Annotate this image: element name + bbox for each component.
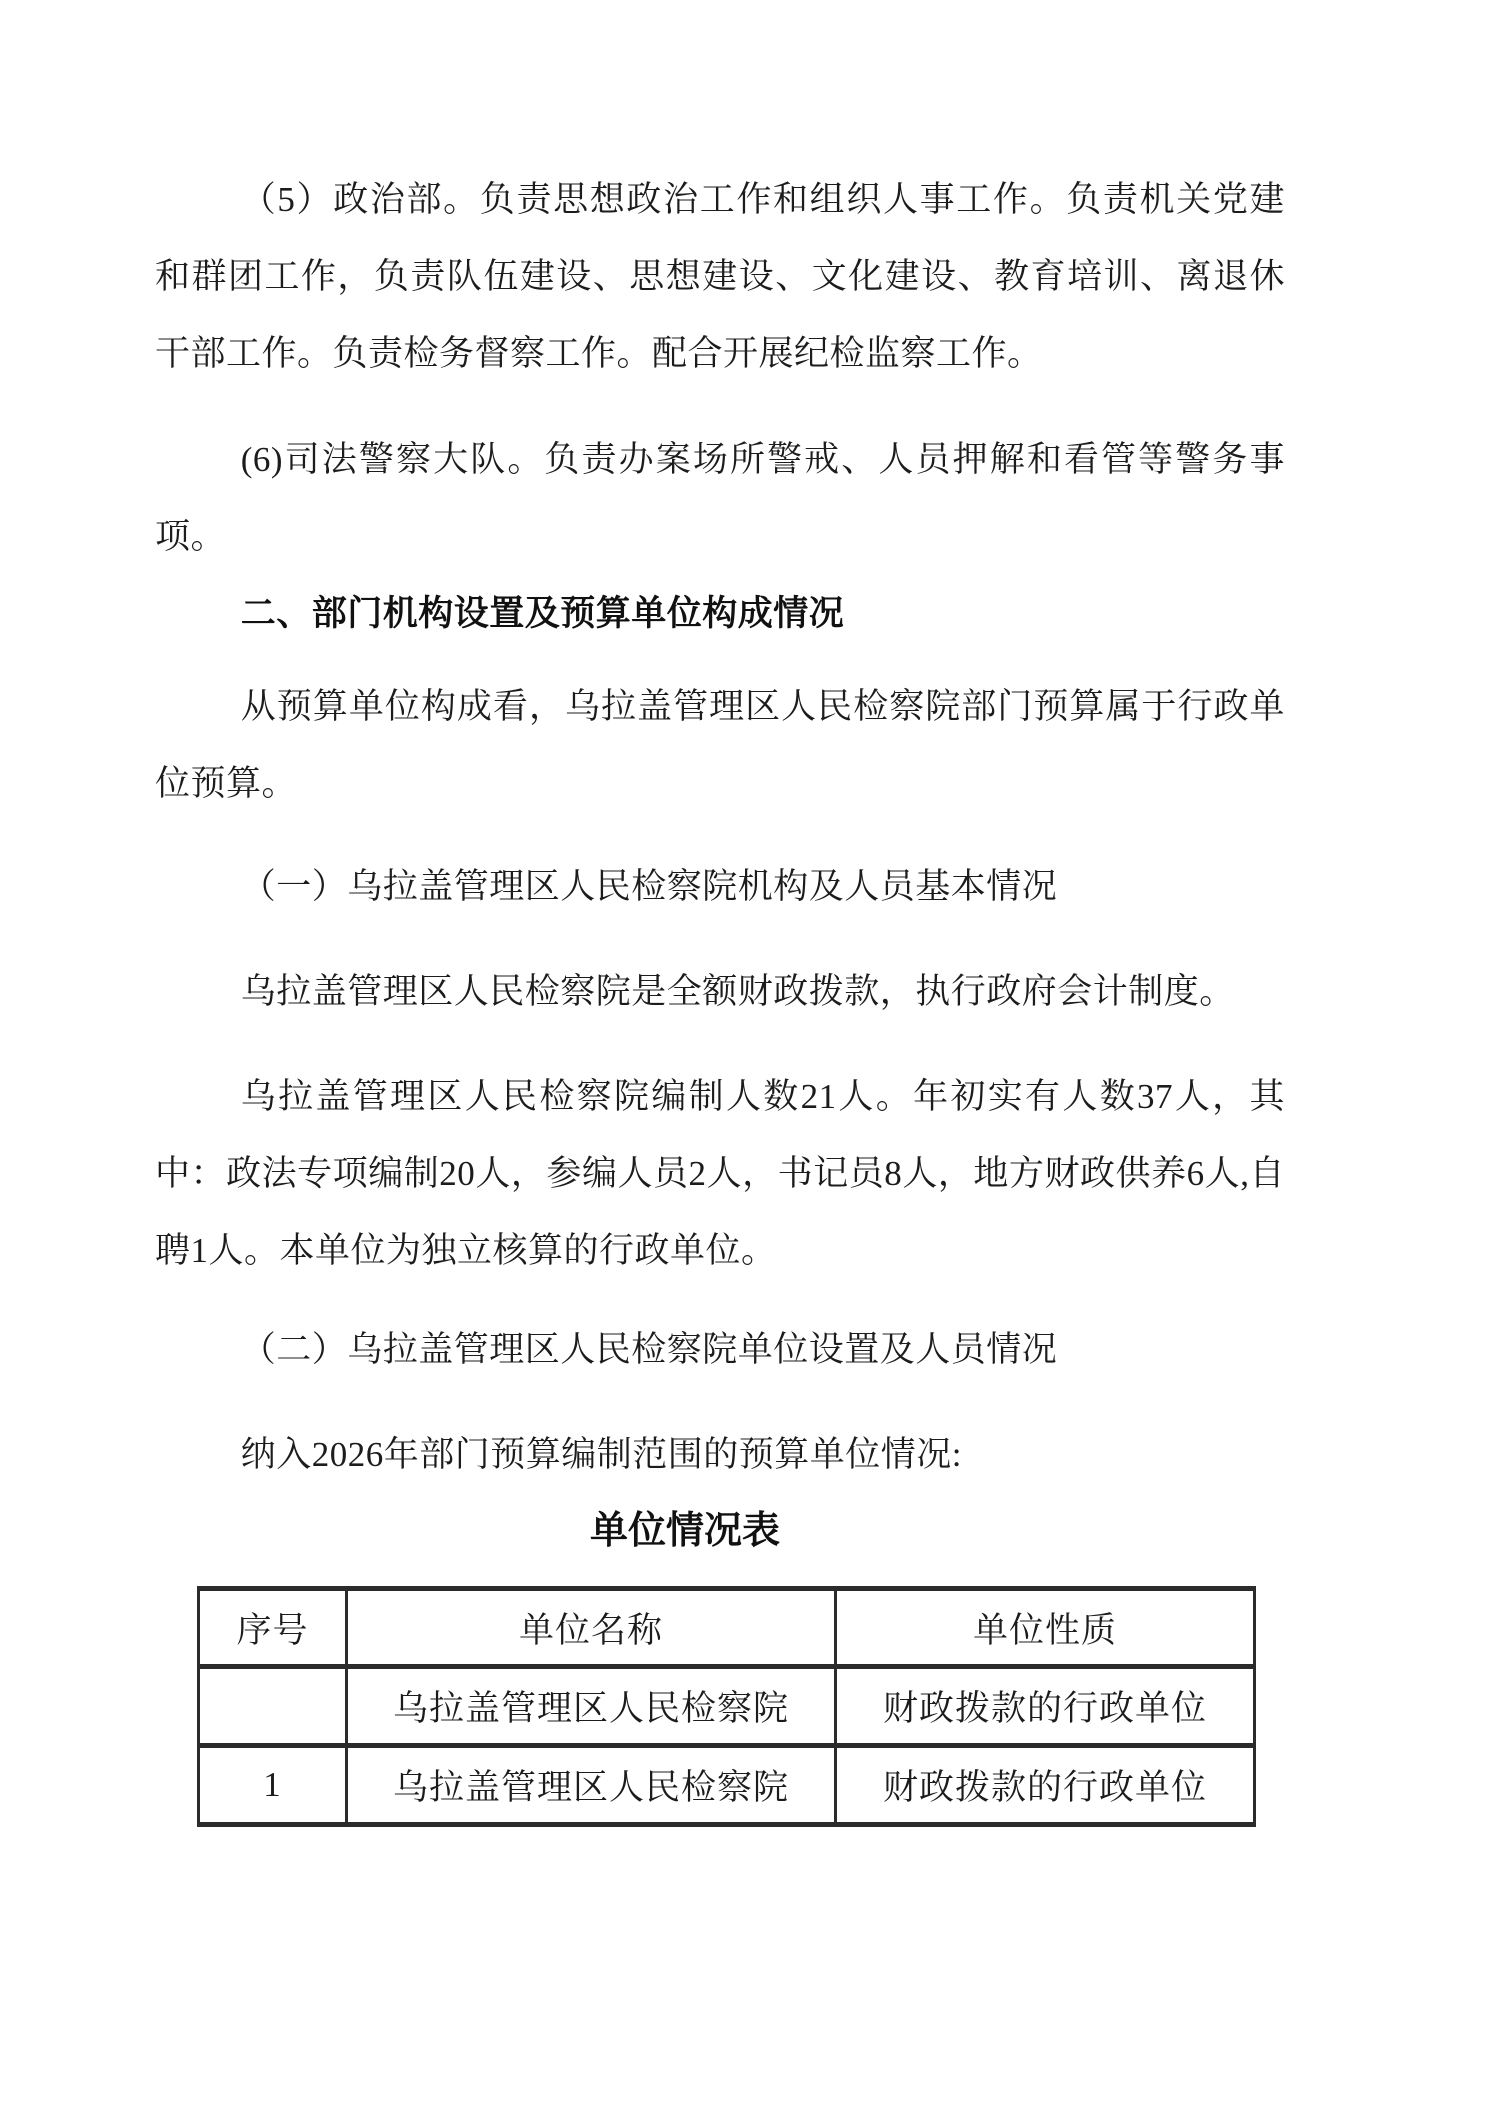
table-cell-serial: 1 [199, 1746, 347, 1825]
table-row: 1 乌拉盖管理区人民检察院 财政拨款的行政单位 [199, 1746, 1255, 1825]
paragraph-budget-scope-2026: 纳入2026年部门预算编制范围的预算单位情况: [155, 1416, 1285, 1493]
section-heading-org-setup: 二、部门机构设置及预算单位构成情况 [155, 575, 1285, 652]
document-content: （5）政治部。负责思想政治工作和组织人事工作。负责机关党建和群团工作，负责队伍建… [155, 161, 1285, 1827]
table-header-serial-number: 序号 [199, 1589, 347, 1667]
table-cell-unit-name: 乌拉盖管理区人民检察院 [347, 1667, 836, 1746]
subsection-heading-unit-setup: （二）乌拉盖管理区人民检察院单位设置及人员情况 [155, 1311, 1285, 1388]
paragraph-political-dept: （5）政治部。负责思想政治工作和组织人事工作。负责机关党建和群团工作，负责队伍建… [155, 161, 1285, 392]
table-title-unit-situation: 单位情况表 [155, 1493, 1285, 1570]
units-table: 序号 单位名称 单位性质 乌拉盖管理区人民检察院 财政拨款的行政单位 1 乌拉盖… [197, 1586, 1256, 1827]
table-header-row: 序号 单位名称 单位性质 [199, 1589, 1255, 1667]
document-page: （5）政治部。负责思想政治工作和组织人事工作。负责机关党建和群团工作，负责队伍建… [0, 0, 1488, 2103]
table-row: 乌拉盖管理区人民检察院 财政拨款的行政单位 [199, 1667, 1255, 1746]
paragraph-judicial-police: (6)司法警察大队。负责办案场所警戒、人员押解和看管等警务事项。 [155, 421, 1285, 575]
table-header-unit-name: 单位名称 [347, 1589, 836, 1667]
table-cell-unit-name: 乌拉盖管理区人民检察院 [347, 1746, 836, 1825]
table-cell-serial [199, 1667, 347, 1746]
table-cell-unit-nature: 财政拨款的行政单位 [836, 1746, 1255, 1825]
table-cell-unit-nature: 财政拨款的行政单位 [836, 1667, 1255, 1746]
paragraph-budget-composition: 从预算单位构成看，乌拉盖管理区人民检察院部门预算属于行政单位预算。 [155, 668, 1285, 822]
table-header-unit-nature: 单位性质 [836, 1589, 1255, 1667]
paragraph-full-funding: 乌拉盖管理区人民检察院是全额财政拨款，执行政府会计制度。 [155, 953, 1285, 1030]
paragraph-headcount: 乌拉盖管理区人民检察院编制人数21人。年初实有人数37人，其中：政法专项编制20… [155, 1058, 1285, 1289]
subsection-heading-staff-basics: （一）乌拉盖管理区人民检察院机构及人员基本情况 [155, 848, 1285, 925]
